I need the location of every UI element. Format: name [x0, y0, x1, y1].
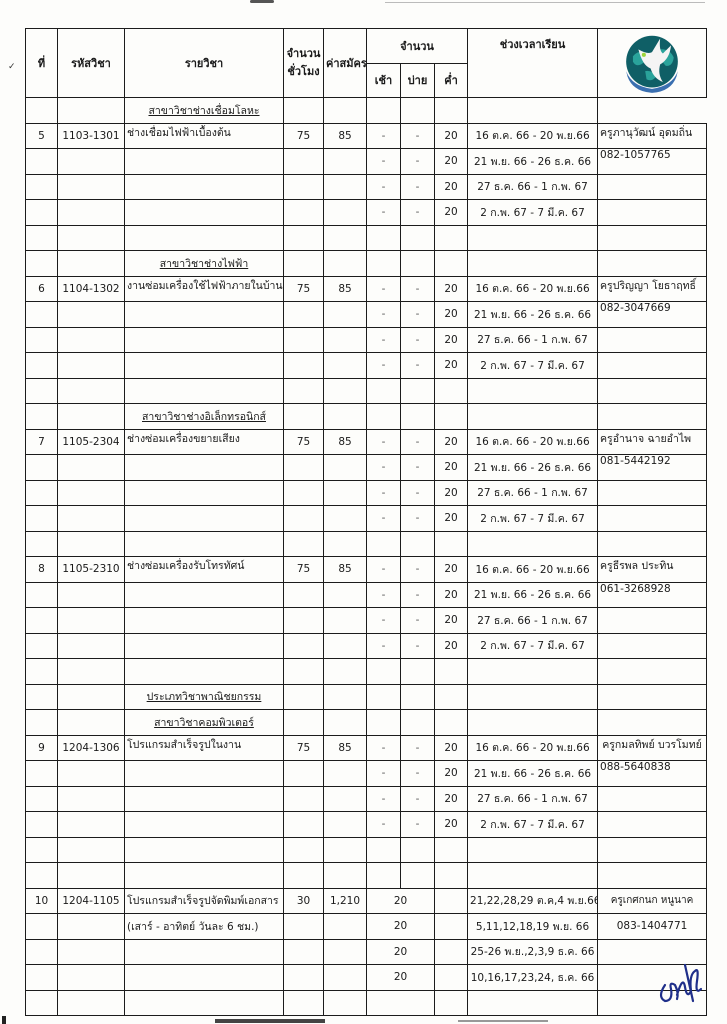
course-fee: 85: [324, 557, 367, 583]
session-afternoon: -: [401, 302, 435, 328]
session-afternoon: -: [401, 455, 435, 481]
session-afternoon: -: [401, 327, 435, 353]
school-logo-cell: [598, 29, 707, 98]
session-afternoon: -: [401, 812, 435, 838]
session-evening: 20: [435, 276, 468, 302]
session-period: 16 ต.ค. 66 - 20 พ.ย.66: [468, 276, 598, 302]
session-period: 21 พ.ย. 66 - 26 ธ.ค. 66: [468, 302, 598, 328]
session-evening: 20: [435, 608, 468, 634]
session-morning: -: [367, 735, 401, 761]
session-afternoon: -: [401, 582, 435, 608]
session-row: (เสาร์ - อาทิตย์ วันละ 6 ชม.) 20 5,11,12…: [26, 914, 707, 940]
section-row: ประเภทวิชาพาณิชยกรรม: [26, 684, 707, 710]
session-evening: 20: [435, 149, 468, 175]
course-no: 7: [26, 429, 58, 455]
session-evening: 20: [435, 429, 468, 455]
session-evening: 20: [435, 812, 468, 838]
session-period: 21 พ.ย. 66 - 26 ธ.ค. 66: [468, 149, 598, 175]
session-morning: -: [367, 455, 401, 481]
course-code: 1105-2310: [58, 557, 125, 583]
session-row: - - 20 27 ธ.ค. 66 - 1 ก.พ. 67: [26, 786, 707, 812]
course-no: 8: [26, 557, 58, 583]
course-fee: 85: [324, 276, 367, 302]
scan-edge-bar: [215, 1019, 325, 1023]
session-evening: 20: [435, 302, 468, 328]
teacher-name: ครูเกศกนก หนูนาค: [598, 888, 707, 914]
session-morning: -: [367, 149, 401, 175]
session-afternoon: -: [401, 761, 435, 787]
session-period: 21 พ.ย. 66 - 26 ธ.ค. 66: [468, 761, 598, 787]
session-afternoon: -: [401, 123, 435, 149]
course-fee: 85: [324, 429, 367, 455]
session-period: 16 ต.ค. 66 - 20 พ.ย.66: [468, 735, 598, 761]
session-period: 16 ต.ค. 66 - 20 พ.ย.66: [468, 557, 598, 583]
session-morning: -: [367, 506, 401, 532]
session-row: - - 20 2 ก.พ. 67 - 7 มี.ค. 67: [26, 200, 707, 226]
session-row: 20 25-26 พ.ย.,2,3,9 ธ.ค. 66: [26, 939, 707, 965]
session-evening: 20: [435, 582, 468, 608]
session-morning: -: [367, 353, 401, 379]
session-day-count: 20: [367, 965, 435, 991]
session-morning: -: [367, 429, 401, 455]
course-row: 5 1103-1301 ช่างเชื่อมไฟฟ้าเบื้องต้น 75 …: [26, 123, 707, 149]
course-subject: งานซ่อมเครื่องใช้ไฟฟ้าภายในบ้าน: [125, 276, 284, 302]
session-row: - - 20 2 ก.พ. 67 - 7 มี.ค. 67: [26, 353, 707, 379]
section-title-electronics: สาขาวิชาช่างอิเล็กทรอนิกส์: [125, 404, 284, 430]
col-header-subject: รายวิชา: [125, 29, 284, 98]
col-header-period: ช่วงเวลาเรียน: [468, 29, 598, 98]
session-period: 2 ก.พ. 67 - 7 มี.ค. 67: [468, 812, 598, 838]
course-no: 5: [26, 123, 58, 149]
session-period: 27 ธ.ค. 66 - 1 ก.พ. 67: [468, 327, 598, 353]
session-period: 10,16,17,23,24, ธ.ค. 66: [468, 965, 598, 991]
session-row: - - 20 21 พ.ย. 66 - 26 ธ.ค. 66 082-30476…: [26, 302, 707, 328]
blank-row: [26, 531, 707, 557]
session-afternoon: -: [401, 786, 435, 812]
session-evening: 20: [435, 735, 468, 761]
session-morning: -: [367, 327, 401, 353]
course-subject: ช่างซ่อมเครื่องรับโทรทัศน์: [125, 557, 284, 583]
course-schedule-table: ที่ รหัสวิชา รายวิชา จำนวน ชั่วโมง ค่าสม…: [25, 28, 707, 1016]
session-period: 16 ต.ค. 66 - 20 พ.ย.66: [468, 123, 598, 149]
session-day-count: 20: [367, 888, 435, 914]
course-row: 9 1204-1306 โปรแกรมสำเร็จรูปในงาน 75 85 …: [26, 735, 707, 761]
session-afternoon: -: [401, 174, 435, 200]
course-hours: 75: [284, 735, 324, 761]
session-row: - - 20 2 ก.พ. 67 - 7 มี.ค. 67: [26, 633, 707, 659]
session-morning: -: [367, 633, 401, 659]
session-afternoon: -: [401, 353, 435, 379]
course-code: 1105-2304: [58, 429, 125, 455]
teacher-phone: 081-5442192: [598, 455, 707, 481]
handwritten-signature-icon: [655, 945, 705, 1005]
session-row: - - 20 21 พ.ย. 66 - 26 ธ.ค. 66 081-54421…: [26, 455, 707, 481]
col-header-fee: ค่าสมัคร: [324, 29, 367, 98]
session-morning: -: [367, 557, 401, 583]
col-header-count-group: จำนวน: [367, 29, 468, 64]
session-evening: 20: [435, 506, 468, 532]
dove-globe-logo-icon: [618, 29, 686, 97]
session-morning: -: [367, 582, 401, 608]
session-day-count: 20: [367, 914, 435, 940]
session-row: - - 20 21 พ.ย. 66 - 26 ธ.ค. 66 061-32689…: [26, 582, 707, 608]
session-row: - - 20 27 ธ.ค. 66 - 1 ก.พ. 67: [26, 480, 707, 506]
course-row: 7 1105-2304 ช่างซ่อมเครื่องขยายเสียง 75 …: [26, 429, 707, 455]
session-evening: 20: [435, 123, 468, 149]
col-header-code: รหัสวิชา: [58, 29, 125, 98]
session-afternoon: -: [401, 429, 435, 455]
session-evening: 20: [435, 327, 468, 353]
session-afternoon: -: [401, 200, 435, 226]
course-hours: 75: [284, 276, 324, 302]
section-row: สาขาวิชาช่างอิเล็กทรอนิกส์: [26, 404, 707, 430]
session-period: 16 ต.ค. 66 - 20 พ.ย.66: [468, 429, 598, 455]
course-row: 8 1105-2310 ช่างซ่อมเครื่องรับโทรทัศน์ 7…: [26, 557, 707, 583]
teacher-name: ครูกมลทิพย์ บวรโมทย์: [598, 735, 707, 761]
session-period: 27 ธ.ค. 66 - 1 ก.พ. 67: [468, 608, 598, 634]
session-morning: -: [367, 200, 401, 226]
session-morning: -: [367, 276, 401, 302]
course-code: 1104-1302: [58, 276, 125, 302]
session-period: 2 ก.พ. 67 - 7 มี.ค. 67: [468, 353, 598, 379]
col-header-hours: จำนวน ชั่วโมง: [284, 29, 324, 98]
session-afternoon: -: [401, 276, 435, 302]
session-period: 21 พ.ย. 66 - 26 ธ.ค. 66: [468, 582, 598, 608]
course-schedule-note: (เสาร์ - อาทิตย์ วันละ 6 ชม.): [125, 914, 284, 940]
session-row: - - 20 27 ธ.ค. 66 - 1 ก.พ. 67: [26, 174, 707, 200]
session-row: - - 20 27 ธ.ค. 66 - 1 ก.พ. 67: [26, 608, 707, 634]
course-code: 1204-1105: [58, 888, 125, 914]
session-evening: 20: [435, 557, 468, 583]
session-morning: -: [367, 786, 401, 812]
session-day-count: 20: [367, 939, 435, 965]
course-subject: โปรแกรมสำเร็จรูปจัดพิมพ์เอกสาร: [125, 888, 284, 914]
session-morning: -: [367, 174, 401, 200]
session-afternoon: -: [401, 480, 435, 506]
scan-edge-bar: [458, 1020, 548, 1022]
scan-edge-line: [385, 2, 705, 3]
session-period: 2 ก.พ. 67 - 7 มี.ค. 67: [468, 200, 598, 226]
session-evening: 20: [435, 480, 468, 506]
session-period: 2 ก.พ. 67 - 7 มี.ค. 67: [468, 633, 598, 659]
header-row-1: ที่ รหัสวิชา รายวิชา จำนวน ชั่วโมง ค่าสม…: [26, 29, 707, 64]
teacher-phone: 082-3047669: [598, 302, 707, 328]
course-hours: 75: [284, 429, 324, 455]
blank-row: [26, 659, 707, 685]
col-header-afternoon: บ่าย: [401, 63, 435, 98]
course-fee: 1,210: [324, 888, 367, 914]
session-period: 27 ธ.ค. 66 - 1 ก.พ. 67: [468, 480, 598, 506]
session-morning: -: [367, 302, 401, 328]
session-evening: 20: [435, 786, 468, 812]
section-title-computer: สาขาวิชาคอมพิวเตอร์: [125, 710, 284, 736]
session-afternoon: -: [401, 557, 435, 583]
session-row: 20 10,16,17,23,24, ธ.ค. 66: [26, 965, 707, 991]
session-row: - - 20 21 พ.ย. 66 - 26 ธ.ค. 66 082-10577…: [26, 149, 707, 175]
session-evening: [435, 914, 468, 940]
section-title-commerce-type: ประเภทวิชาพาณิชยกรรม: [125, 684, 284, 710]
session-evening: 20: [435, 761, 468, 787]
teacher-name: ครูภานุวัฒน์ อุดมถิ่น: [598, 123, 707, 149]
section-row: สาขาวิชาช่างเชื่อมโลหะ: [26, 98, 707, 124]
col-header-morning: เช้า: [367, 63, 401, 98]
course-row: 6 1104-1302 งานซ่อมเครื่องใช้ไฟฟ้าภายในบ…: [26, 276, 707, 302]
teacher-name: ครูธีรพล ประทิน: [598, 557, 707, 583]
session-period: 21 พ.ย. 66 - 26 ธ.ค. 66: [468, 455, 598, 481]
session-evening: [435, 939, 468, 965]
session-afternoon: -: [401, 633, 435, 659]
blank-row: [26, 225, 707, 251]
session-morning: -: [367, 761, 401, 787]
hours-label-line2: ชั่วโมง: [287, 65, 319, 78]
margin-check-mark: ✓: [8, 62, 16, 72]
course-subject: โปรแกรมสำเร็จรูปในงาน: [125, 735, 284, 761]
course-no: 10: [26, 888, 58, 914]
teacher-phone: 088-5640838: [598, 761, 707, 787]
scan-edge-mark: [2, 1016, 6, 1024]
session-evening: [435, 965, 468, 991]
hours-label-line1: จำนวน: [287, 47, 321, 60]
session-afternoon: -: [401, 149, 435, 175]
session-afternoon: -: [401, 608, 435, 634]
teacher-name: ครูปริญญา โยธาฤทธิ์: [598, 276, 707, 302]
session-row: - - 20 2 ก.พ. 67 - 7 มี.ค. 67: [26, 812, 707, 838]
session-period: 21,22,28,29 ต.ค,4 พ.ย.66: [468, 888, 598, 914]
scan-smudge: [250, 0, 274, 3]
course-code: 1103-1301: [58, 123, 125, 149]
session-morning: -: [367, 480, 401, 506]
session-period: 27 ธ.ค. 66 - 1 ก.พ. 67: [468, 786, 598, 812]
session-afternoon: -: [401, 735, 435, 761]
teacher-phone: 082-1057765: [598, 149, 707, 175]
col-header-evening: ค่ำ: [435, 63, 468, 98]
session-morning: -: [367, 123, 401, 149]
session-morning: -: [367, 812, 401, 838]
course-subject: ช่างเชื่อมไฟฟ้าเบื้องต้น: [125, 123, 284, 149]
course-hours: 75: [284, 557, 324, 583]
session-evening: 20: [435, 200, 468, 226]
teacher-phone: 061-3268928: [598, 582, 707, 608]
blank-row: [26, 837, 707, 863]
course-no: 6: [26, 276, 58, 302]
course-fee: 85: [324, 123, 367, 149]
section-title-electrical: สาขาวิชาช่างไฟฟ้า: [125, 251, 284, 277]
blank-row: [26, 990, 707, 1016]
session-evening: 20: [435, 174, 468, 200]
session-morning: -: [367, 608, 401, 634]
session-evening: [435, 888, 468, 914]
section-row: สาขาวิชาช่างไฟฟ้า: [26, 251, 707, 277]
col-header-no: ที่: [26, 29, 58, 98]
session-row: - - 20 21 พ.ย. 66 - 26 ธ.ค. 66 088-56408…: [26, 761, 707, 787]
session-period: 5,11,12,18,19 พ.ย. 66: [468, 914, 598, 940]
section-title-welding: สาขาวิชาช่างเชื่อมโลหะ: [125, 98, 284, 124]
session-afternoon: -: [401, 506, 435, 532]
teacher-phone: 083-1404771: [598, 914, 707, 940]
session-evening: 20: [435, 633, 468, 659]
blank-row: [26, 863, 707, 889]
session-row: - - 20 2 ก.พ. 67 - 7 มี.ค. 67: [26, 506, 707, 532]
session-period: 25-26 พ.ย.,2,3,9 ธ.ค. 66: [468, 939, 598, 965]
section-row: สาขาวิชาคอมพิวเตอร์: [26, 710, 707, 736]
session-period: 27 ธ.ค. 66 - 1 ก.พ. 67: [468, 174, 598, 200]
course-subject: ช่างซ่อมเครื่องขยายเสียง: [125, 429, 284, 455]
course-row: 10 1204-1105 โปรแกรมสำเร็จรูปจัดพิมพ์เอก…: [26, 888, 707, 914]
session-period: 2 ก.พ. 67 - 7 มี.ค. 67: [468, 506, 598, 532]
session-evening: 20: [435, 353, 468, 379]
session-row: - - 20 27 ธ.ค. 66 - 1 ก.พ. 67: [26, 327, 707, 353]
course-hours: 75: [284, 123, 324, 149]
course-no: 9: [26, 735, 58, 761]
blank-row: [26, 378, 707, 404]
course-hours: 30: [284, 888, 324, 914]
course-code: 1204-1306: [58, 735, 125, 761]
teacher-name: ครูอำนาจ ฉายอำไพ: [598, 429, 707, 455]
session-evening: 20: [435, 455, 468, 481]
course-fee: 85: [324, 735, 367, 761]
